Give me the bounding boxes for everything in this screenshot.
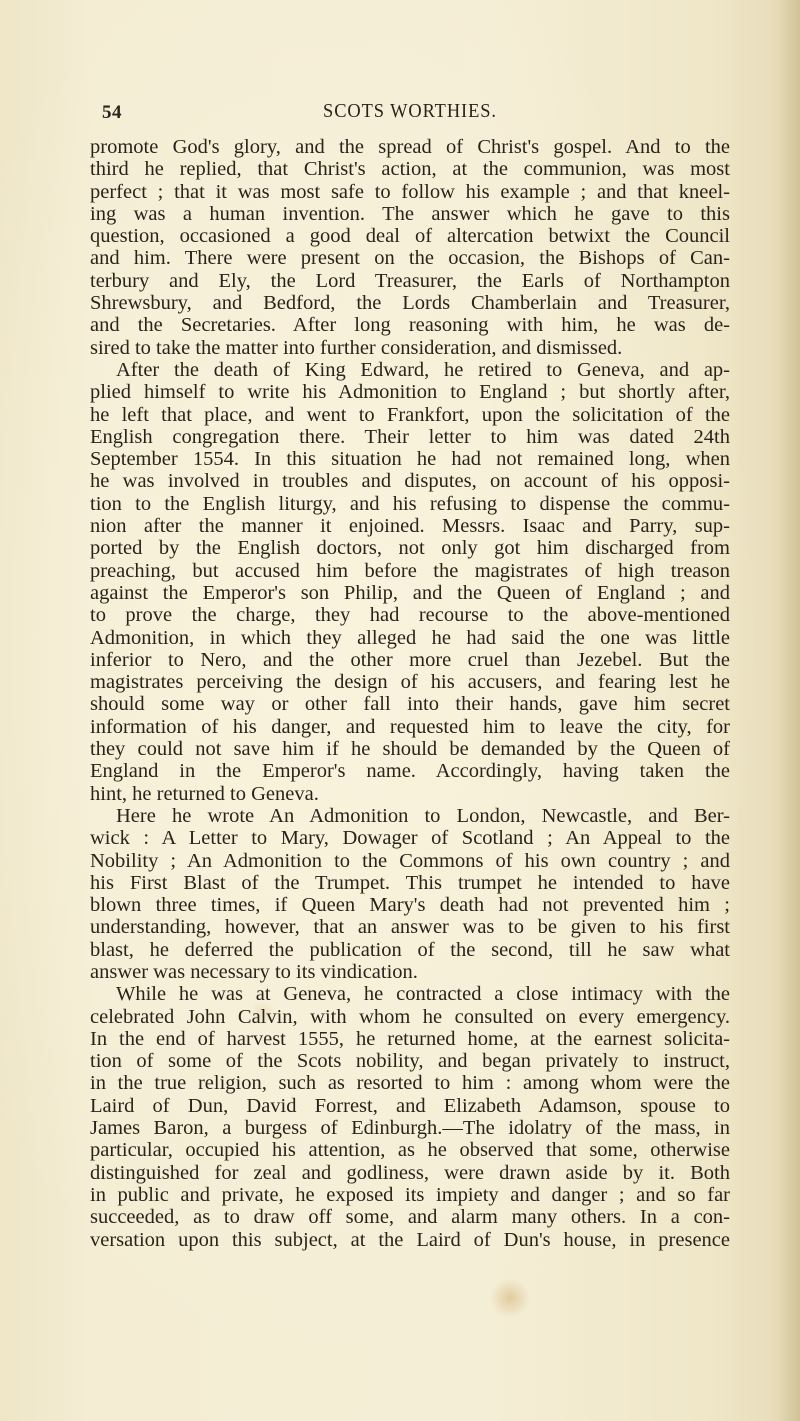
text-line: September 1554. In this situation he had… xyxy=(90,448,730,470)
text-line: and the Secretaries. After long reasonin… xyxy=(90,314,730,336)
text-line: tion to the English liturgy, and his ref… xyxy=(90,493,730,515)
text-line: in public and private, he exposed its im… xyxy=(90,1184,730,1206)
text-line: understanding, however, that an answer w… xyxy=(90,916,730,938)
running-head: 54 SCOTS WORTHIES. xyxy=(90,94,730,124)
text-line: After the death of King Edward, he retir… xyxy=(90,359,730,381)
text-line: blast, he deferred the publication of th… xyxy=(90,939,730,961)
foxing-stain xyxy=(490,1278,530,1318)
text-line: and him. There were present on the occas… xyxy=(90,247,730,269)
book-page: 54 SCOTS WORTHIES. promote God's glory, … xyxy=(0,0,800,1421)
text-line: perfect ; that it was most safe to follo… xyxy=(90,181,730,203)
text-line: sired to take the matter into further co… xyxy=(90,337,730,359)
text-line: ing was a human invention. The answer wh… xyxy=(90,203,730,225)
text-line: answer was necessary to its vindication. xyxy=(90,961,730,983)
text-line: Admonition, in which they alleged he had… xyxy=(90,627,730,649)
text-line: distinguished for zeal and godliness, we… xyxy=(90,1162,730,1184)
text-line: Shrewsbury, and Bedford, the Lords Chamb… xyxy=(90,292,730,314)
text-line: to prove the charge, they had recourse t… xyxy=(90,604,730,626)
text-line: ported by the English doctors, not only … xyxy=(90,537,730,559)
text-line: wick : A Letter to Mary, Dowager of Scot… xyxy=(90,827,730,849)
text-line: his First Blast of the Trumpet. This tru… xyxy=(90,872,730,894)
text-line: England in the Emperor's name. According… xyxy=(90,760,730,782)
text-line: he was involved in troubles and disputes… xyxy=(90,470,730,492)
text-line: Laird of Dun, David Forrest, and Elizabe… xyxy=(90,1095,730,1117)
text-line: In the end of harvest 1555, he returned … xyxy=(90,1028,730,1050)
text-line: blown three times, if Queen Mary's death… xyxy=(90,894,730,916)
text-line: English congregation there. Their letter… xyxy=(90,426,730,448)
text-line: he left that place, and went to Frankfor… xyxy=(90,404,730,426)
text-line: information of his danger, and requested… xyxy=(90,716,730,738)
text-line: terbury and Ely, the Lord Treasurer, the… xyxy=(90,270,730,292)
text-line: particular, occupied his attention, as h… xyxy=(90,1139,730,1161)
text-line: Nobility ; An Admonition to the Commons … xyxy=(90,850,730,872)
text-line: succeeded, as to draw off some, and alar… xyxy=(90,1206,730,1228)
text-line: James Baron, a burgess of Edinburgh.—The… xyxy=(90,1117,730,1139)
running-title: SCOTS WORTHIES. xyxy=(116,100,705,123)
text-line: inferior to Nero, and the other more cru… xyxy=(90,649,730,671)
text-line: nion after the manner it enjoined. Messr… xyxy=(90,515,730,537)
text-line: preaching, but accused him before the ma… xyxy=(90,560,730,582)
text-line: celebrated John Calvin, with whom he con… xyxy=(90,1006,730,1028)
text-line: Here he wrote An Admonition to London, N… xyxy=(90,805,730,827)
text-line: third he replied, that Christ's action, … xyxy=(90,158,730,180)
text-line: promote God's glory, and the spread of C… xyxy=(90,136,730,158)
text-line: versation upon this subject, at the Lair… xyxy=(90,1229,730,1251)
text-line: in the true religion, such as resorted t… xyxy=(90,1072,730,1094)
text-line: magistrates perceiving the design of his… xyxy=(90,671,730,693)
text-line: tion of some of the Scots nobility, and … xyxy=(90,1050,730,1072)
text-line: should some way or other fall into their… xyxy=(90,693,730,715)
text-line: against the Emperor's son Philip, and th… xyxy=(90,582,730,604)
text-line: question, occasioned a good deal of alte… xyxy=(90,225,730,247)
page-edge-shadow xyxy=(778,0,800,1421)
text-line: they could not save him if he should be … xyxy=(90,738,730,760)
text-line: hint, he returned to Geneva. xyxy=(90,783,730,805)
text-line: plied himself to write his Admonition to… xyxy=(90,381,730,403)
text-line: While he was at Geneva, he contracted a … xyxy=(90,983,730,1005)
body-text: promote God's glory, and the spread of C… xyxy=(90,136,730,1251)
